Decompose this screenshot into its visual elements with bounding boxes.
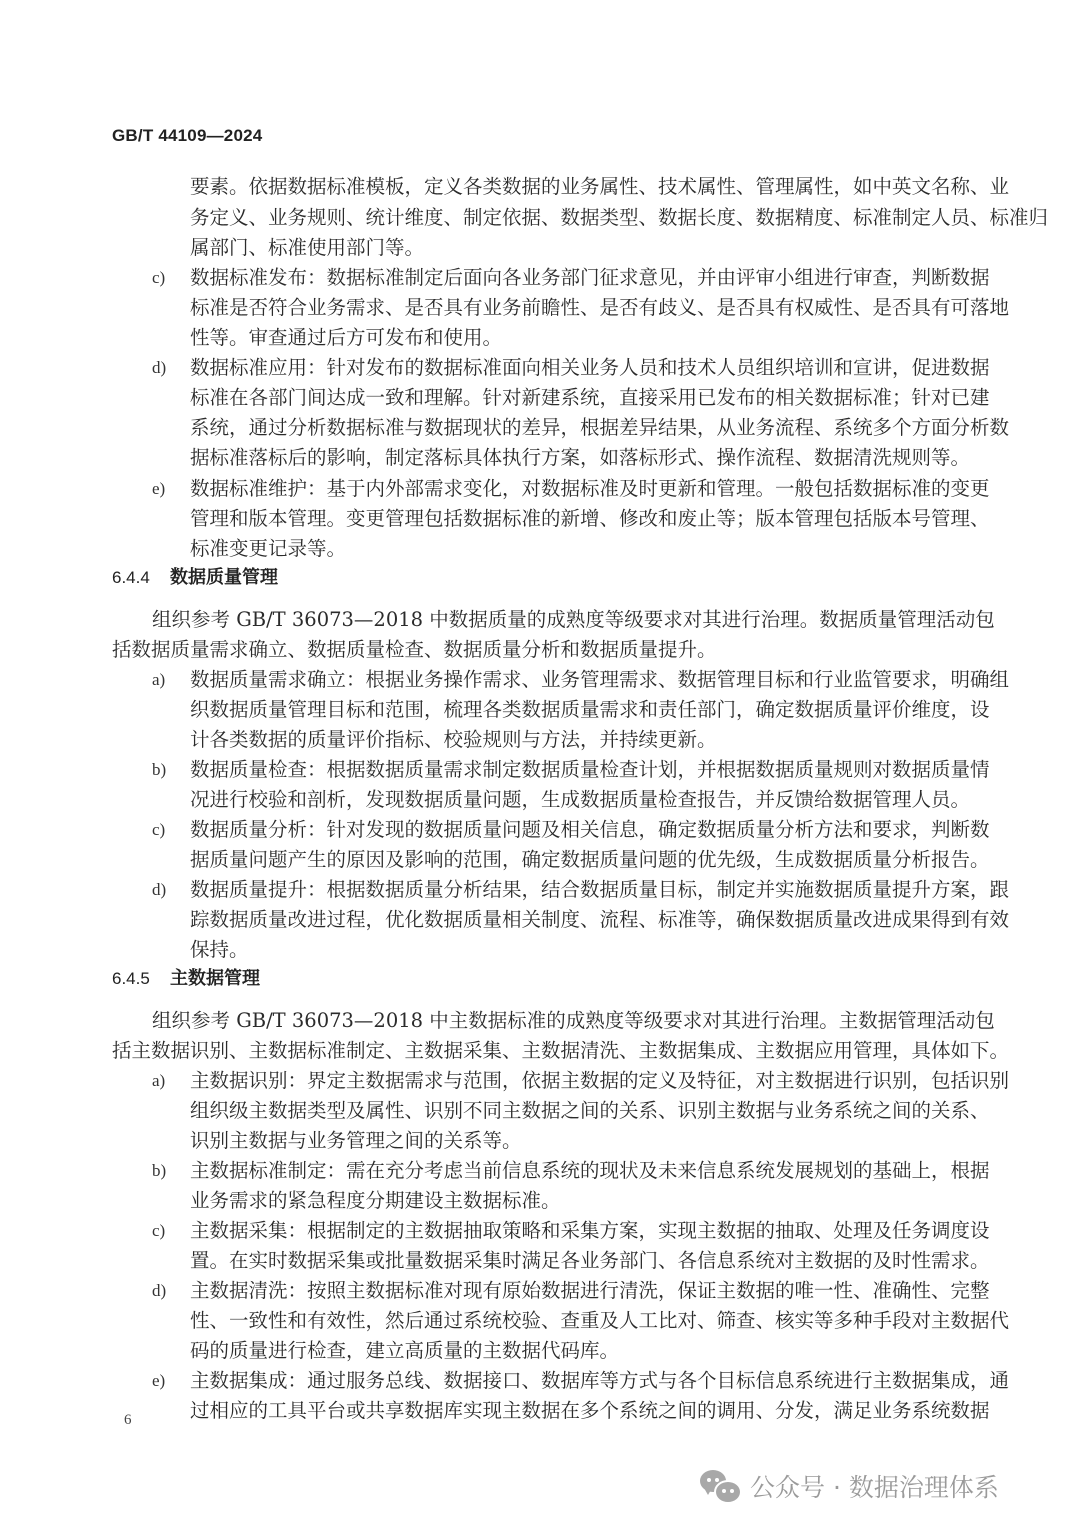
section-heading-6-4-4: 6.4.4数据质量管理 <box>112 562 278 593</box>
list-item-line: 况进行校验和剖析，发现数据质量问题，生成数据质量检查报告，并反馈给数据管理人员。 <box>190 785 950 815</box>
list-marker: c) <box>152 263 165 293</box>
section-heading-6-4-5: 6.4.5主数据管理 <box>112 963 260 994</box>
list-marker: e) <box>152 1366 165 1396</box>
list-item-line: 数据标准发布：数据标准制定后面向各业务部门征求意见，并由评审小组进行审查，判断数… <box>190 263 950 293</box>
list-item-line: 计各类数据的质量评价指标、校验规则与方法，并持续更新。 <box>190 725 950 755</box>
list-marker: d) <box>152 875 166 905</box>
list-item-line: 识别主数据与业务管理之间的关系等。 <box>190 1126 950 1156</box>
list-item-line: 标准变更记录等。 <box>190 534 950 564</box>
section-title: 主数据管理 <box>170 968 260 988</box>
list-item-line: 数据质量需求确立：根据业务操作需求、业务管理需求、数据管理目标和行业监管要求，明… <box>190 665 950 695</box>
section-number: 6.4.4 <box>112 563 170 593</box>
section-title: 数据质量管理 <box>170 567 278 587</box>
list-item-line: 业务需求的紧急程度分期建设主数据标准。 <box>190 1186 950 1216</box>
list-item-line: 标准是否符合业务需求、是否具有业务前瞻性、是否有歧义、是否具有权威性、是否具有可… <box>190 293 950 323</box>
list-marker: c) <box>152 1216 165 1246</box>
list-item-line: 置。在实时数据采集或批量数据采集时满足各业务部门、各信息系统对主数据的及时性需求… <box>190 1246 950 1276</box>
list-item-line: 主数据识别：界定主数据需求与范围，依据主数据的定义及特征，对主数据进行识别，包括… <box>190 1066 950 1096</box>
list-item-line: 据质量问题产生的原因及影响的范围，确定数据质量问题的优先级，生成数据质量分析报告… <box>190 845 950 875</box>
list-marker: c) <box>152 815 165 845</box>
list-item-line: 踪数据质量改进过程，优化数据质量相关制度、流程、标准等，确保数据质量改进成果得到… <box>190 905 950 935</box>
paragraph-line: 括主数据识别、主数据标准制定、主数据采集、主数据清洗、主数据集成、主数据应用管理… <box>112 1036 950 1066</box>
list-item-line: 组织级主数据类型及属性、识别不同主数据之间的关系、识别主数据与业务系统之间的关系… <box>190 1096 950 1126</box>
list-marker: e) <box>152 474 165 504</box>
list-item-line: 主数据集成：通过服务总线、数据接口、数据库等方式与各个目标信息系统进行主数据集成… <box>190 1366 950 1396</box>
list-marker: a) <box>152 665 165 695</box>
standard-header: GB/T 44109—2024 <box>112 126 262 146</box>
list-marker: b) <box>152 1156 166 1186</box>
wechat-icon <box>700 1468 742 1504</box>
paragraph-line: 要素。依据数据标准模板，定义各类数据的业务属性、技术属性、管理属性，如中英文名称… <box>190 172 950 202</box>
list-item-line: 数据标准应用：针对发布的数据标准面向相关业务人员和技术人员组织培训和宣讲，促进数… <box>190 353 950 383</box>
list-item-line: 过相应的工具平台或共享数据库实现主数据在多个系统之间的调用、分发，满足业务系统数… <box>190 1396 950 1426</box>
paragraph-line: 务定义、业务规则、统计维度、制定依据、数据类型、数据长度、数据精度、标准制定人员… <box>190 203 950 233</box>
list-item-line: 主数据采集：根据制定的主数据抽取策略和采集方案，实现主数据的抽取、处理及任务调度… <box>190 1216 950 1246</box>
list-item-line: 数据标准维护：基于内外部需求变化，对数据标准及时更新和管理。一般包括数据标准的变… <box>190 474 950 504</box>
list-marker: b) <box>152 755 166 785</box>
paragraph-line: 括数据质量需求确立、数据质量检查、数据质量分析和数据质量提升。 <box>112 635 950 665</box>
list-item-line: 保持。 <box>190 935 950 965</box>
list-item-line: 码的质量进行检查，建立高质量的主数据代码库。 <box>190 1336 950 1366</box>
list-marker: d) <box>152 353 166 383</box>
list-item-line: 管理和版本管理。变更管理包括数据标准的新增、修改和废止等；版本管理包括版本号管理… <box>190 504 950 534</box>
paragraph-line: 属部门、标准使用部门等。 <box>190 233 950 263</box>
list-item-line: 性、一致性和有效性，然后通过系统校验、查重及人工比对、筛查、核实等多种手段对主数… <box>190 1306 950 1336</box>
list-item-line: 系统，通过分析数据标准与数据现状的差异，根据差异结果，从业务流程、系统多个方面分… <box>190 413 950 443</box>
list-marker: a) <box>152 1066 165 1096</box>
list-item-line: 数据质量分析：针对发现的数据质量问题及相关信息，确定数据质量分析方法和要求，判断… <box>190 815 950 845</box>
section-number: 6.4.5 <box>112 964 170 994</box>
list-marker: d) <box>152 1276 166 1306</box>
list-item-line: 主数据标准制定：需在充分考虑当前信息系统的现状及未来信息系统发展规划的基础上，根… <box>190 1156 950 1186</box>
list-item-line: 性等。审查通过后方可发布和使用。 <box>190 323 950 353</box>
watermark-text: 公众号 · 数据治理体系 <box>750 1468 999 1504</box>
list-item-line: 数据质量提升：根据数据质量分析结果，结合数据质量目标，制定并实施数据质量提升方案… <box>190 875 950 905</box>
paragraph-line: 组织参考 GB/T 36073—2018 中数据质量的成熟度等级要求对其进行治理… <box>152 605 950 635</box>
page-number: 6 <box>124 1412 132 1429</box>
list-item-line: 织数据质量管理目标和范围，梳理各类数据质量需求和责任部门，确定数据质量评价维度，… <box>190 695 950 725</box>
list-item-line: 主数据清洗：按照主数据标准对现有原始数据进行清洗，保证主数据的唯一性、准确性、完… <box>190 1276 950 1306</box>
list-item-line: 数据质量检查：根据数据质量需求制定数据质量检查计划，并根据数据质量规则对数据质量… <box>190 755 950 785</box>
list-item-line: 据标准落标后的影响，制定落标具体执行方案，如落标形式、操作流程、数据清洗规则等。 <box>190 443 950 473</box>
paragraph-line: 组织参考 GB/T 36073—2018 中主数据标准的成熟度等级要求对其进行治… <box>152 1006 950 1036</box>
wechat-watermark: 公众号 · 数据治理体系 <box>700 1466 999 1506</box>
list-item-line: 标准在各部门间达成一致和理解。针对新建系统，直接采用已发布的相关数据标准；针对已… <box>190 383 950 413</box>
document-page: GB/T 44109—2024 要素。依据数据标准模板，定义各类数据的业务属性、… <box>0 0 1080 1528</box>
